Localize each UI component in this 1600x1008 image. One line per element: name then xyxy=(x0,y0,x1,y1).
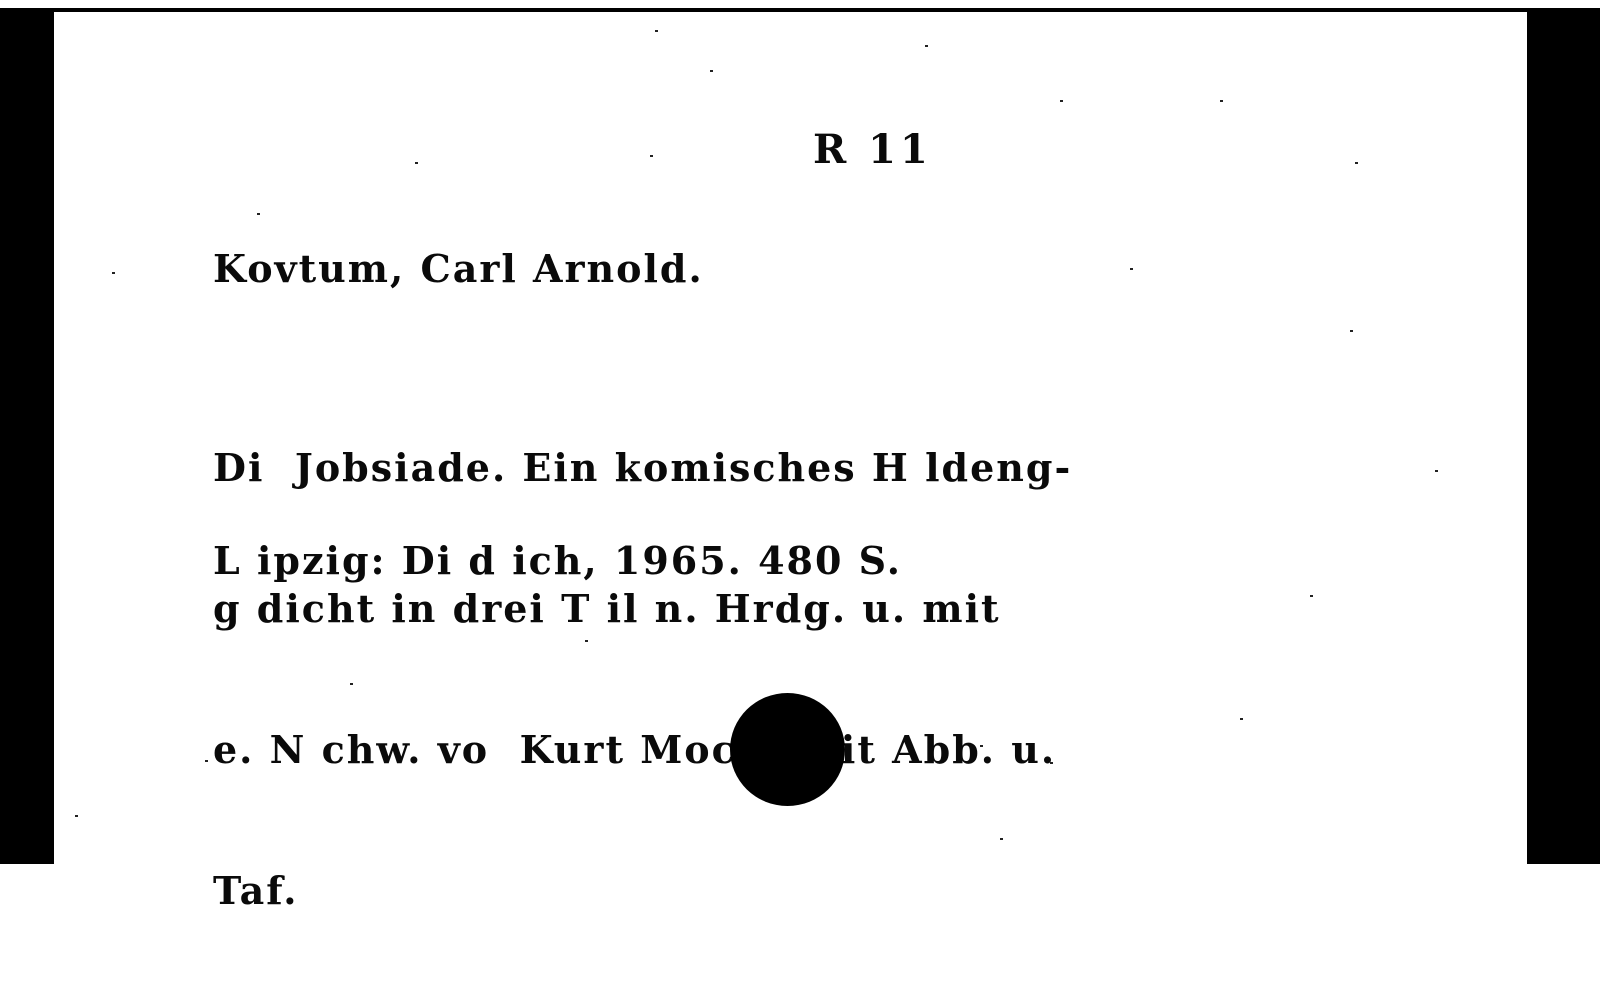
scan-speck xyxy=(1310,595,1313,597)
scan-speck xyxy=(585,640,588,642)
scan-speck xyxy=(350,683,353,685)
scan-speck xyxy=(1130,268,1133,270)
scanned-card-image: R 11 Kovtum, Carl Arnold. Di Jobsiade. E… xyxy=(0,0,1600,864)
scan-speck xyxy=(650,155,653,157)
punch-hole xyxy=(730,693,845,806)
scan-speck xyxy=(1350,330,1353,332)
scan-speck xyxy=(1000,838,1003,840)
scan-border-right xyxy=(1527,8,1600,864)
scan-speck xyxy=(205,760,208,762)
scan-border-left xyxy=(0,8,54,864)
call-number: R 11 xyxy=(813,126,932,173)
scan-speck xyxy=(1355,162,1358,164)
title-line: Di Jobsiade. Ein komisches H ldeng- xyxy=(213,444,1072,491)
title-line: g dicht in drei T il n. Hrdg. u. mit xyxy=(213,585,1072,632)
scan-speck xyxy=(1435,470,1438,472)
scan-speck xyxy=(925,45,928,47)
scan-speck xyxy=(1240,718,1243,720)
imprint-line: L ipzig: Di d ich, 1965. 480 S. xyxy=(213,538,902,583)
title-statement: Di Jobsiade. Ein komisches H ldeng- g di… xyxy=(213,350,1072,864)
scan-speck xyxy=(1220,100,1223,102)
scan-speck xyxy=(1050,762,1053,764)
title-line: e. N chw. vo Kurt Moch. Mit Abb. u. xyxy=(213,726,1072,773)
scan-speck xyxy=(75,815,78,817)
scan-speck xyxy=(1060,100,1063,102)
scan-speck xyxy=(257,213,260,215)
scan-speck xyxy=(415,162,418,164)
scan-speck xyxy=(655,30,658,32)
scan-speck xyxy=(980,745,983,747)
scan-speck xyxy=(112,272,115,274)
scan-speck xyxy=(710,70,713,72)
author-heading: Kovtum, Carl Arnold. xyxy=(213,246,704,291)
